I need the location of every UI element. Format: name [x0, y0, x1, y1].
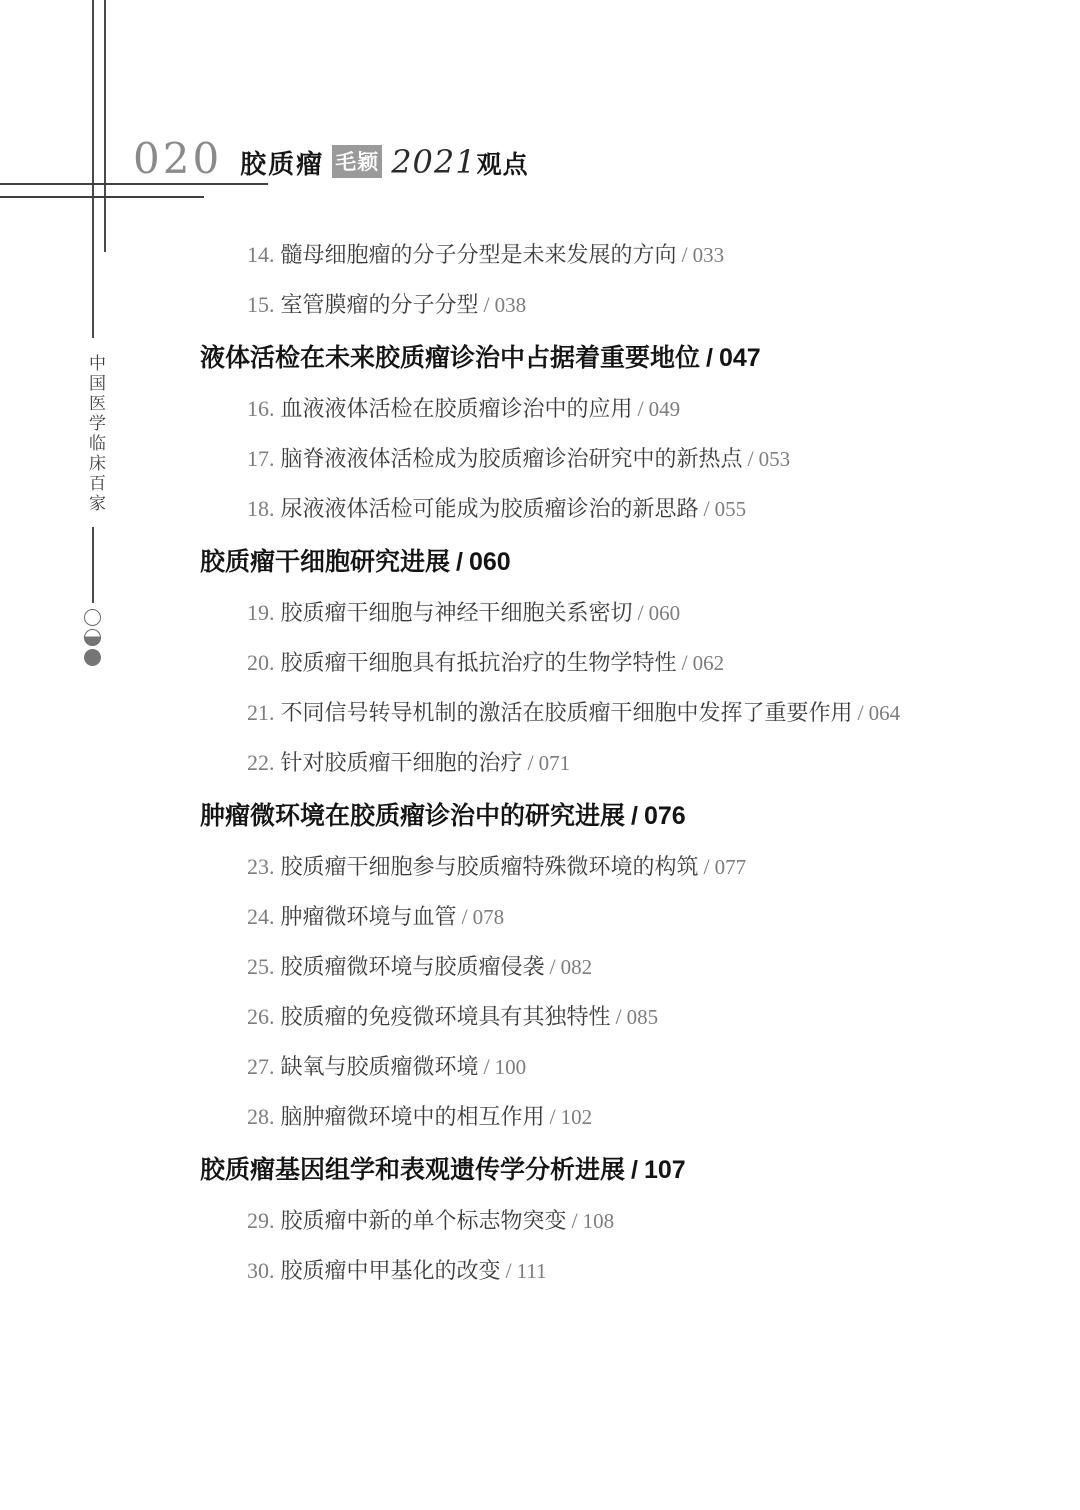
item-number: 26.	[247, 1004, 275, 1029]
toc-item: 19.胶质瘤干细胞与神经干细胞关系密切/060	[200, 601, 960, 625]
toc-item: 21.不同信号转导机制的激活在胶质瘤干细胞中发挥了重要作用/064	[200, 701, 960, 725]
section-heading: 胶质瘤基因组学和表观遗传学分析进展/107	[200, 1155, 960, 1185]
margin-rule-vertical-inner	[104, 0, 106, 252]
item-page: 085	[627, 1005, 659, 1029]
item-page: 062	[693, 651, 725, 675]
section-heading-page: 060	[469, 548, 511, 576]
filled-circle-icon	[84, 649, 101, 666]
item-number: 15.	[247, 292, 275, 317]
edition-year: 2021	[391, 143, 476, 181]
toc-item: 23.胶质瘤干细胞参与胶质瘤特殊微环境的构筑/077	[200, 855, 960, 879]
toc-item: 29.胶质瘤中新的单个标志物突变/108	[200, 1209, 960, 1233]
item-number: 20.	[247, 650, 275, 675]
item-page: 108	[583, 1209, 615, 1233]
sidebar-rule-top	[92, 300, 94, 338]
sidebar-rule-bottom	[92, 527, 94, 603]
book-toc-page: { "header": { "page_number": "020", "boo…	[0, 0, 1080, 1510]
toc-item: 14.髓母细胞瘤的分子分型是未来发展的方向/033	[200, 243, 960, 267]
collation-marker-dots	[84, 609, 101, 669]
margin-rule-vertical-outer	[92, 0, 94, 337]
page-separator: /	[638, 396, 644, 421]
page-separator: /	[858, 700, 864, 725]
item-title: 脑肿瘤微环境中的相互作用	[281, 1104, 545, 1129]
item-number: 27.	[247, 1054, 275, 1079]
toc-section: 14.髓母细胞瘤的分子分型是未来发展的方向/03315.室管膜瘤的分子分型/03…	[200, 243, 960, 317]
toc-item: 25.胶质瘤微环境与胶质瘤侵袭/082	[200, 955, 960, 979]
section-heading: 液体活检在未来胶质瘤诊治中占据着重要地位/047	[200, 343, 960, 373]
page-separator: /	[550, 954, 556, 979]
toc-section: 胶质瘤基因组学和表观遗传学分析进展/10729.胶质瘤中新的单个标志物突变/10…	[200, 1155, 960, 1283]
page-separator: /	[748, 446, 754, 471]
item-title: 针对胶质瘤干细胞的治疗	[281, 750, 523, 775]
item-page: 049	[649, 397, 681, 421]
page-number: 020	[133, 138, 222, 180]
page-separator: /	[631, 802, 638, 830]
section-heading-page: 076	[644, 802, 686, 830]
section-heading-page: 047	[719, 344, 761, 372]
item-page: 064	[869, 701, 901, 725]
page-separator: /	[682, 242, 688, 267]
page-separator: /	[616, 1004, 622, 1029]
page-separator: /	[572, 1208, 578, 1233]
header-rule-top	[0, 183, 268, 185]
page-separator: /	[706, 344, 713, 372]
item-page: 053	[759, 447, 791, 471]
item-number: 28.	[247, 1104, 275, 1129]
section-heading-title: 肿瘤微环境在胶质瘤诊治中的研究进展	[200, 802, 625, 830]
running-head: 020 胶质瘤 毛颖 2021 观点	[133, 138, 529, 181]
item-title: 缺氧与胶质瘤微环境	[281, 1054, 479, 1079]
edition-suffix: 观点	[477, 145, 529, 181]
page-separator: /	[528, 750, 534, 775]
page-separator: /	[506, 1258, 512, 1283]
item-number: 17.	[247, 446, 275, 471]
toc-item: 26.胶质瘤的免疫微环境具有其独特性/085	[200, 1005, 960, 1029]
item-title: 尿液液体活检可能成为胶质瘤诊治的新思路	[281, 496, 699, 521]
item-number: 19.	[247, 600, 275, 625]
section-heading-title: 胶质瘤干细胞研究进展	[200, 548, 450, 576]
toc-item: 22.针对胶质瘤干细胞的治疗/071	[200, 751, 960, 775]
page-separator: /	[638, 600, 644, 625]
page-separator: /	[704, 496, 710, 521]
item-number: 18.	[247, 496, 275, 521]
item-title: 胶质瘤干细胞参与胶质瘤特殊微环境的构筑	[281, 854, 699, 879]
page-separator: /	[704, 854, 710, 879]
item-title: 不同信号转导机制的激活在胶质瘤干细胞中发挥了重要作用	[281, 700, 853, 725]
item-title: 胶质瘤微环境与胶质瘤侵袭	[281, 954, 545, 979]
item-number: 16.	[247, 396, 275, 421]
half-filled-circle-icon	[84, 629, 101, 646]
item-title: 胶质瘤的免疫微环境具有其独特性	[281, 1004, 611, 1029]
item-page: 082	[561, 955, 593, 979]
header-rule-bottom	[0, 196, 204, 198]
page-separator: /	[484, 1054, 490, 1079]
item-title: 胶质瘤干细胞与神经干细胞关系密切	[281, 600, 633, 625]
item-number: 24.	[247, 904, 275, 929]
item-page: 055	[715, 497, 747, 521]
page-separator: /	[456, 548, 463, 576]
item-page: 038	[495, 293, 527, 317]
toc-section: 胶质瘤干细胞研究进展/06019.胶质瘤干细胞与神经干细胞关系密切/06020.…	[200, 547, 960, 775]
toc-item: 24.肿瘤微环境与血管/078	[200, 905, 960, 929]
toc-item: 30.胶质瘤中甲基化的改变/111	[200, 1259, 960, 1283]
book-title: 胶质瘤	[240, 144, 324, 181]
item-title: 肿瘤微环境与血管	[281, 904, 457, 929]
section-heading-title: 胶质瘤基因组学和表观遗传学分析进展	[200, 1156, 625, 1184]
section-heading: 胶质瘤干细胞研究进展/060	[200, 547, 960, 577]
item-page: 077	[715, 855, 747, 879]
toc-item: 27.缺氧与胶质瘤微环境/100	[200, 1055, 960, 1079]
item-number: 22.	[247, 750, 275, 775]
toc-section: 肿瘤微环境在胶质瘤诊治中的研究进展/07623.胶质瘤干细胞参与胶质瘤特殊微环境…	[200, 801, 960, 1129]
toc-item: 20.胶质瘤干细胞具有抵抗治疗的生物学特性/062	[200, 651, 960, 675]
section-heading: 肿瘤微环境在胶质瘤诊治中的研究进展/076	[200, 801, 960, 831]
toc-item: 18.尿液液体活检可能成为胶质瘤诊治的新思路/055	[200, 497, 960, 521]
toc-item: 15.室管膜瘤的分子分型/038	[200, 293, 960, 317]
toc-item: 16.血液液体活检在胶质瘤诊治中的应用/049	[200, 397, 960, 421]
item-page: 078	[473, 905, 505, 929]
item-title: 血液液体活检在胶质瘤诊治中的应用	[281, 396, 633, 421]
page-separator: /	[462, 904, 468, 929]
item-title: 胶质瘤干细胞具有抵抗治疗的生物学特性	[281, 650, 677, 675]
item-number: 23.	[247, 854, 275, 879]
item-page: 102	[561, 1105, 593, 1129]
item-page: 033	[693, 243, 725, 267]
item-number: 29.	[247, 1208, 275, 1233]
series-title-vertical: 中国医学临床百家	[83, 354, 108, 514]
item-title: 胶质瘤中甲基化的改变	[281, 1258, 501, 1283]
author-badge: 毛颖	[332, 145, 382, 178]
item-title: 室管膜瘤的分子分型	[281, 292, 479, 317]
item-page: 060	[649, 601, 681, 625]
item-number: 21.	[247, 700, 275, 725]
item-number: 25.	[247, 954, 275, 979]
empty-circle-icon	[84, 609, 101, 626]
item-title: 胶质瘤中新的单个标志物突变	[281, 1208, 567, 1233]
page-separator: /	[631, 1156, 638, 1184]
toc-item: 17.脑脊液液体活检成为胶质瘤诊治研究中的新热点/053	[200, 447, 960, 471]
item-page: 111	[517, 1259, 547, 1283]
toc-item: 28.脑肿瘤微环境中的相互作用/102	[200, 1105, 960, 1129]
table-of-contents: 14.髓母细胞瘤的分子分型是未来发展的方向/03315.室管膜瘤的分子分型/03…	[200, 243, 960, 1309]
page-separator: /	[682, 650, 688, 675]
item-title: 脑脊液液体活检成为胶质瘤诊治研究中的新热点	[281, 446, 743, 471]
item-number: 14.	[247, 242, 275, 267]
toc-section: 液体活检在未来胶质瘤诊治中占据着重要地位/04716.血液液体活检在胶质瘤诊治中…	[200, 343, 960, 521]
page-separator: /	[484, 292, 490, 317]
item-title: 髓母细胞瘤的分子分型是未来发展的方向	[281, 242, 677, 267]
section-heading-title: 液体活检在未来胶质瘤诊治中占据着重要地位	[200, 344, 700, 372]
page-separator: /	[550, 1104, 556, 1129]
item-page: 100	[495, 1055, 527, 1079]
section-heading-page: 107	[644, 1156, 686, 1184]
item-page: 071	[539, 751, 571, 775]
item-number: 30.	[247, 1258, 275, 1283]
